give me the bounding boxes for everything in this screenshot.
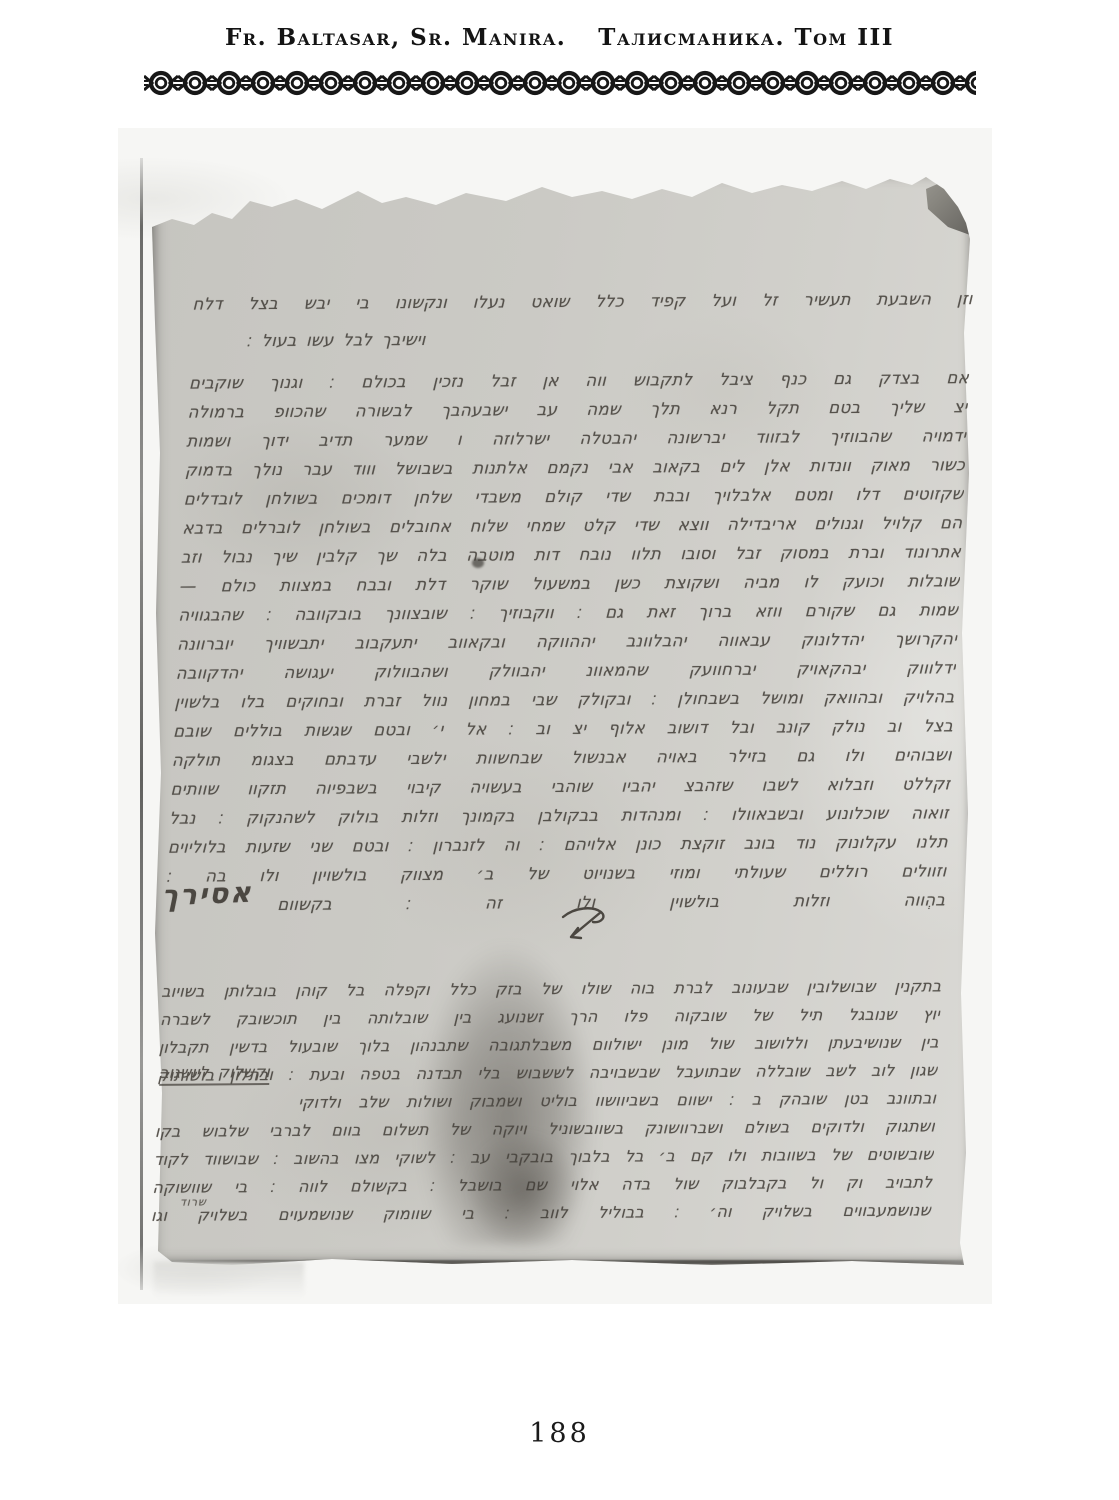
manuscript-line: וישיבך לבל עשו בעול ׃ bbox=[190, 319, 972, 361]
manuscript-paragraph: אם בצדק גם כנף ציבל לתקבוש ווה אן זבל נז… bbox=[165, 364, 970, 921]
chain-border-ornament bbox=[144, 69, 976, 97]
scan-residue bbox=[154, 1262, 304, 1298]
manuscript-paragraph: וזן השבעת תעשיר זל ועל קפיד כלל שואט נעל… bbox=[190, 282, 973, 361]
page-number: 188 bbox=[0, 1418, 1119, 1449]
underlined-word: וקשלוק ליושגוב bbox=[159, 1063, 270, 1086]
pen-flourish-mark bbox=[556, 900, 614, 946]
page-header: Fr. Baltasar, Sr. Manira. Талисманика. Т… bbox=[0, 24, 1119, 51]
scan-edge-line bbox=[140, 158, 143, 1290]
manuscript-line: וזן השבעת תעשיר זל ועל קפיד כלל שואט נעל… bbox=[192, 282, 974, 324]
ink-dot bbox=[472, 558, 484, 568]
tail-word: שרוד bbox=[180, 1195, 208, 1208]
header-series-title: Талисманика. Том III bbox=[598, 24, 894, 51]
ink-smudge bbox=[466, 1130, 581, 1250]
big-word: אסירך bbox=[162, 876, 253, 913]
header-author-title: Fr. Baltasar, Sr. Manira. bbox=[225, 24, 566, 51]
